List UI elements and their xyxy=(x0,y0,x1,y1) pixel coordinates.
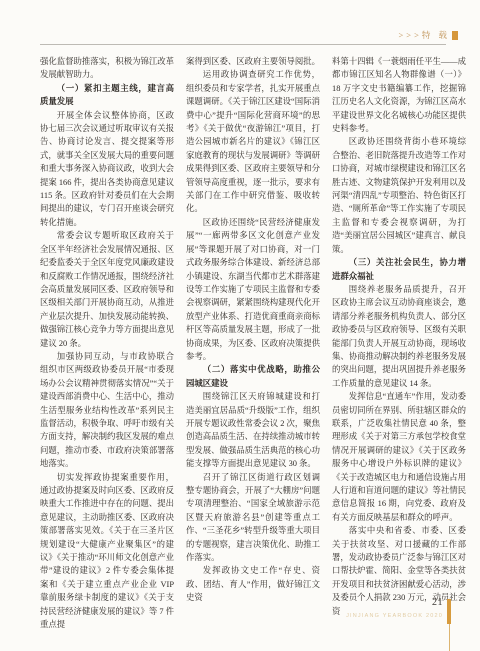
ribbon-marker-icon xyxy=(447,599,451,624)
paragraph: 落实中央和省委、市委、区委关于扶贫攻坚、对口援藏的工作部署，发动政协委员广泛参与… xyxy=(332,524,466,618)
yearbook-label: JINJIANG YEARBOOK 2020 xyxy=(346,613,443,619)
paragraph: 切实发挥政协提案重要作用，通过政协提案及时向区委、区政府反映重大工作推进中存在的… xyxy=(40,471,174,632)
paragraph: 区政协还围绕背街小巷环境综合整治、老旧院落提升改造等工作对口协商，对城市绿楔建设… xyxy=(332,135,466,256)
section-marker-icon xyxy=(452,31,458,40)
paragraph: 常委会议专题听取区政府关于全区半年经济社会发展情况通报、区纪委监委关于全区年度党… xyxy=(40,229,174,350)
text-column-2: 案得到区委、区政府主要领导阅批。运用政协调查研究工作优势，组织委员和专家学者，扎… xyxy=(186,55,320,631)
paragraph: 料第十四辑《一蓑烟雨任平生——成都市锦江区知名人物群像谱（一）》18 万字文史书… xyxy=(332,55,466,135)
paragraph: 运用政协调查研究工作优势，组织委员和专家学者，扎实开展重点课题调研。《关于锦江区… xyxy=(186,68,320,215)
paragraph: 召开了锦江区街道行政区划调整专题协商会，开展了“大棚房”问题专项清理整治、“国家… xyxy=(186,471,320,565)
paragraph: 围绕养老服务品质提升，召开区政协主席会议互动协商座谈会，邀请部分养老服务机构负责… xyxy=(332,283,466,390)
paragraph: 发挥信息“直通车”作用，发动委员密切同所在界别、所驻辖区群众的联系，广泛收集社情… xyxy=(332,390,466,524)
paragraph: 强化监督助推落实，积极为锦江改革发展献智助力。 xyxy=(40,55,174,82)
paragraph: 发挥政协文史工作“存史、资政、团结、育人”作用，做好锦江文史资 xyxy=(186,564,320,604)
section-label: >>>特 载 xyxy=(398,29,450,41)
text-column-1: 强化监督助推落实，积极为锦江改革发展献智助力。（一）紧扣主题主线，建言高质量发展… xyxy=(40,55,174,631)
paragraph: 区政协还围绕“民营经济健康发展”“一廊两带多区文化创意产业发展”等课题开展了对口… xyxy=(186,216,320,363)
sub-heading: （三）关注社会民生，协力增进群众福祉 xyxy=(332,256,466,283)
paragraph: 加强协同互动，与市政协联合组织市区两级政协委员开展“市委现场办公会议精神贯彻落实… xyxy=(40,350,174,471)
paragraph: 开展全体会议整体协商，区政协七届三次会议通过听取审议有关报告、协商讨论发言、提交… xyxy=(40,109,174,230)
text-column-3: 料第十四辑《一蓑烟雨任平生——成都市锦江区知名人物群像谱（一）》18 万字文史书… xyxy=(332,55,466,631)
sub-heading: （一）紧扣主题主线，建言高质量发展 xyxy=(40,82,174,109)
header-divider xyxy=(40,44,446,45)
page-number: 21 xyxy=(432,597,443,608)
page-header: >>>特 载 xyxy=(398,29,458,41)
paragraph: 案得到区委、区政府主要领导阅批。 xyxy=(186,55,320,68)
ribbon-line xyxy=(449,624,450,651)
yearbook-page: >>>特 载 强化监督助推落实，积极为锦江改革发展献智助力。（一）紧扣主题主线，… xyxy=(0,0,480,651)
article-columns: 强化监督助推落实，积极为锦江改革发展献智助力。（一）紧扣主题主线，建言高质量发展… xyxy=(40,55,466,631)
sub-heading: （二）落实中优战略，助推公园城区建设 xyxy=(186,363,320,390)
paragraph: 围绕锦江区天府锦城建设和打造美丽宜居品质“升级版”工作，组织开展专题议政性常委会… xyxy=(186,390,320,470)
